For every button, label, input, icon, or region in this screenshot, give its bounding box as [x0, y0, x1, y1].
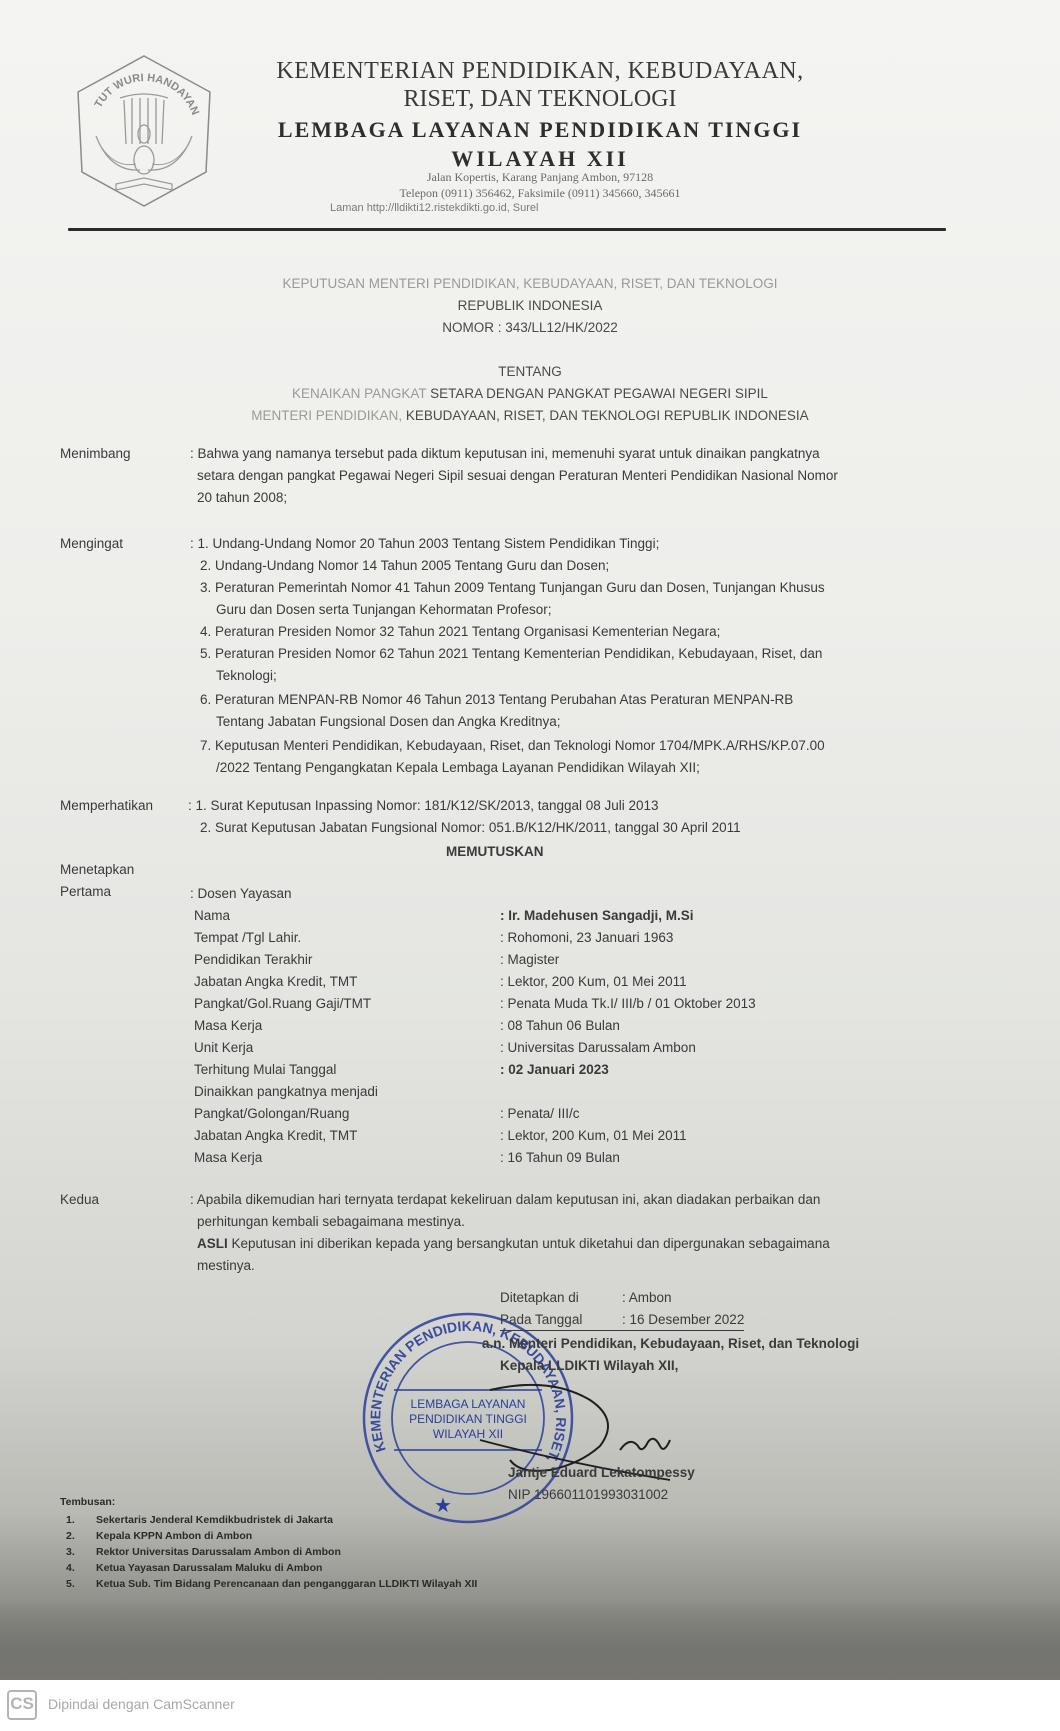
pertama-label: Pertama [60, 884, 111, 899]
field-value: : Penata Muda Tk.I/ III/b / 01 Oktober 2… [500, 996, 756, 1011]
tembusan-item: Ketua Sub. Tim Bidang Perencanaan dan pe… [96, 1578, 477, 1590]
field-label: Pangkat/Gol.Ruang Gaji/TMT [194, 996, 371, 1011]
ministry-name-line2: RISET, DAN TEKNOLOGI [270, 86, 810, 113]
tembusan-number: 2. [66, 1530, 75, 1542]
field-value: : Magister [500, 952, 559, 967]
kedua-line: : Apabila dikemudian hari ternyata terda… [190, 1192, 820, 1207]
asli-bold: ASLI [197, 1236, 228, 1251]
mengingat-label: Mengingat [60, 536, 123, 551]
camscanner-logo-icon: CS [7, 1690, 37, 1720]
promo-field-label: Jabatan Angka Kredit, TMT [194, 1128, 357, 1143]
field-label: Tempat /Tgl Lahir. [194, 930, 301, 945]
asli-line: ASLI Keputusan ini diberikan kepada yang… [197, 1236, 830, 1251]
decree-title-line1: KEPUTUSAN MENTERI PENDIDIKAN, KEBUDAYAAN… [200, 276, 860, 291]
mengingat-item: /2022 Tentang Pengangkatan Kepala Lembag… [216, 760, 700, 775]
pertama-intro: : Dosen Yayasan [190, 886, 292, 901]
field-label: Pendidikan Terakhir [194, 952, 312, 967]
kedua-line: perhitungan kembali sebagaimana mestinya… [197, 1214, 465, 1229]
promotion-heading: Dinaikkan pangkatnya menjadi [194, 1084, 378, 1099]
promo-field-value: : 16 Tahun 09 Bulan [500, 1150, 620, 1165]
tembusan-item: Sekertaris Jenderal Kemdikbudristek di J… [96, 1514, 333, 1526]
field-value: : 02 Januari 2023 [500, 1062, 609, 1077]
paper-shadow [0, 1600, 1060, 1680]
menimbang-line: setara dengan pangkat Pegawai Negeri Sip… [197, 468, 838, 483]
field-value: : Lektor, 200 Kum, 01 Mei 2011 [500, 974, 687, 989]
menetapkan-label: Menetapkan [60, 862, 134, 877]
field-label: Masa Kerja [194, 1018, 262, 1033]
tembusan-item: Rektor Universitas Darussalam Ambon di A… [96, 1546, 341, 1558]
field-value: : 08 Tahun 06 Bulan [500, 1018, 620, 1033]
kedua-label: Kedua [60, 1192, 99, 1207]
website: Laman http://lldikti12.ristekdikti.go.id… [330, 202, 539, 214]
promo-field-value: : Lektor, 200 Kum, 01 Mei 2011 [500, 1128, 687, 1143]
menimbang-line: 20 tahun 2008; [197, 490, 287, 505]
svg-text:TUT WURI HANDAYANI: TUT WURI HANDAYANI [70, 52, 201, 117]
decree-title-line2: REPUBLIK INDONESIA [200, 298, 860, 313]
signer-position: Kepala LLDIKTI Wilayah XII, [500, 1358, 678, 1373]
tembusan-label: Tembusan: [60, 1496, 115, 1508]
promo-field-value: : Penata/ III/c [500, 1106, 580, 1121]
address: Jalan Kopertis, Karang Panjang Ambon, 97… [330, 170, 750, 185]
tembusan-number: 3. [66, 1546, 75, 1558]
signer-name: Jantje Eduard Lekatompessy [508, 1465, 695, 1480]
memperhatikan-item: 2. Surat Keputusan Jabatan Fungsional No… [200, 820, 741, 835]
decree-subject: KENAIKAN PANGKAT SETARA DENGAN PANGKAT P… [200, 386, 860, 401]
memutuskan-heading: MEMUTUSKAN [446, 844, 544, 859]
mengingat-item: 5. Peraturan Presiden Nomor 62 Tahun 202… [200, 646, 822, 661]
signer-nip: NIP 196601101993031002 [508, 1487, 668, 1502]
promo-field-label: Pangkat/Golongan/Ruang [194, 1106, 349, 1121]
field-label: Unit Kerja [194, 1040, 253, 1055]
ditetapkan-di-label: Ditetapkan di [500, 1290, 579, 1305]
tembusan-number: 4. [66, 1562, 75, 1574]
menimbang-line: : Bahwa yang namanya tersebut pada diktu… [190, 446, 820, 461]
asli-text: Keputusan ini diberikan kepada yang bers… [228, 1236, 830, 1251]
mengingat-item: Guru dan Dosen serta Tunjangan Kehormata… [216, 602, 551, 617]
on-behalf-of: a.n. Menteri Pendidikan, Kebudayaan, Ris… [482, 1336, 859, 1351]
asli-line-2: mestinya. [197, 1258, 255, 1273]
institution-region: WILAYAH XII [270, 146, 810, 172]
menimbang-label: Menimbang [60, 446, 131, 461]
mengingat-item: 4. Peraturan Presiden Nomor 32 Tahun 202… [200, 624, 720, 639]
camscanner-footer: CS Dipindai dengan CamScanner [0, 1680, 1060, 1731]
mengingat-item: : 1. Undang-Undang Nomor 20 Tahun 2003 T… [190, 536, 659, 551]
field-label: Nama [194, 908, 230, 923]
phone-fax: Telepon (0911) 356462, Faksimile (0911) … [330, 186, 750, 201]
mengingat-item: Teknologi; [216, 668, 277, 683]
ministry-name-line1: KEMENTERIAN PENDIDIKAN, KEBUDAYAAN, [270, 58, 810, 85]
ditetapkan-di-value: : Ambon [622, 1290, 672, 1305]
field-value: : Ir. Madehusen Sangadji, M.Si [500, 908, 694, 923]
promo-field-label: Masa Kerja [194, 1150, 262, 1165]
tembusan-item: Kepala KPPN Ambon di Ambon [96, 1530, 252, 1542]
tentang-heading: TENTANG [200, 364, 860, 379]
memperhatikan-label: Memperhatikan [60, 798, 153, 813]
memperhatikan-item: : 1. Surat Keputusan Inpassing Nomor: 18… [188, 798, 659, 813]
field-label: Jabatan Angka Kredit, TMT [194, 974, 357, 989]
decree-number: NOMOR : 343/LL12/HK/2022 [200, 320, 860, 335]
tembusan-item: Ketua Yayasan Darussalam Maluku di Ambon [96, 1562, 322, 1574]
mengingat-item: 2. Undang-Undang Nomor 14 Tahun 2005 Ten… [200, 558, 609, 573]
tanggal-value: : 16 Desember 2022 [622, 1312, 744, 1327]
tanggal-label: Pada Tanggal [500, 1312, 582, 1327]
field-label: Terhitung Mulai Tanggal [194, 1062, 336, 1077]
field-value: : Universitas Darussalam Ambon [500, 1040, 696, 1055]
decree-issuer: MENTERI PENDIDIKAN, KEBUDAYAAN, RISET, D… [200, 408, 860, 423]
institution-name: LEMBAGA LAYANAN PENDIDIKAN TINGGI [260, 117, 820, 143]
field-value: : Rohomoni, 23 Januari 1963 [500, 930, 673, 945]
tut-wuri-handayani-logo-icon: TUT WURI HANDAYANI [70, 52, 218, 210]
mengingat-item: 7. Keputusan Menteri Pendidikan, Kebuday… [200, 738, 825, 753]
letterhead-divider [68, 228, 946, 231]
tembusan-number: 5. [66, 1578, 75, 1590]
mengingat-item: Tentang Jabatan Fungsional Dosen dan Ang… [216, 714, 561, 729]
camscanner-watermark: Dipindai dengan CamScanner [48, 1696, 235, 1712]
tembusan-number: 1. [66, 1514, 75, 1526]
mengingat-item: 3. Peraturan Pemerintah Nomor 41 Tahun 2… [200, 580, 825, 595]
mengingat-item: 6. Peraturan MENPAN-RB Nomor 46 Tahun 20… [200, 692, 793, 707]
scanned-document-page: TUT WURI HANDAYANI KEMENTERIAN PENDIDIKA… [0, 0, 1060, 1680]
date-underline [500, 1330, 744, 1331]
stamp-star-icon: ★ [434, 1495, 452, 1517]
